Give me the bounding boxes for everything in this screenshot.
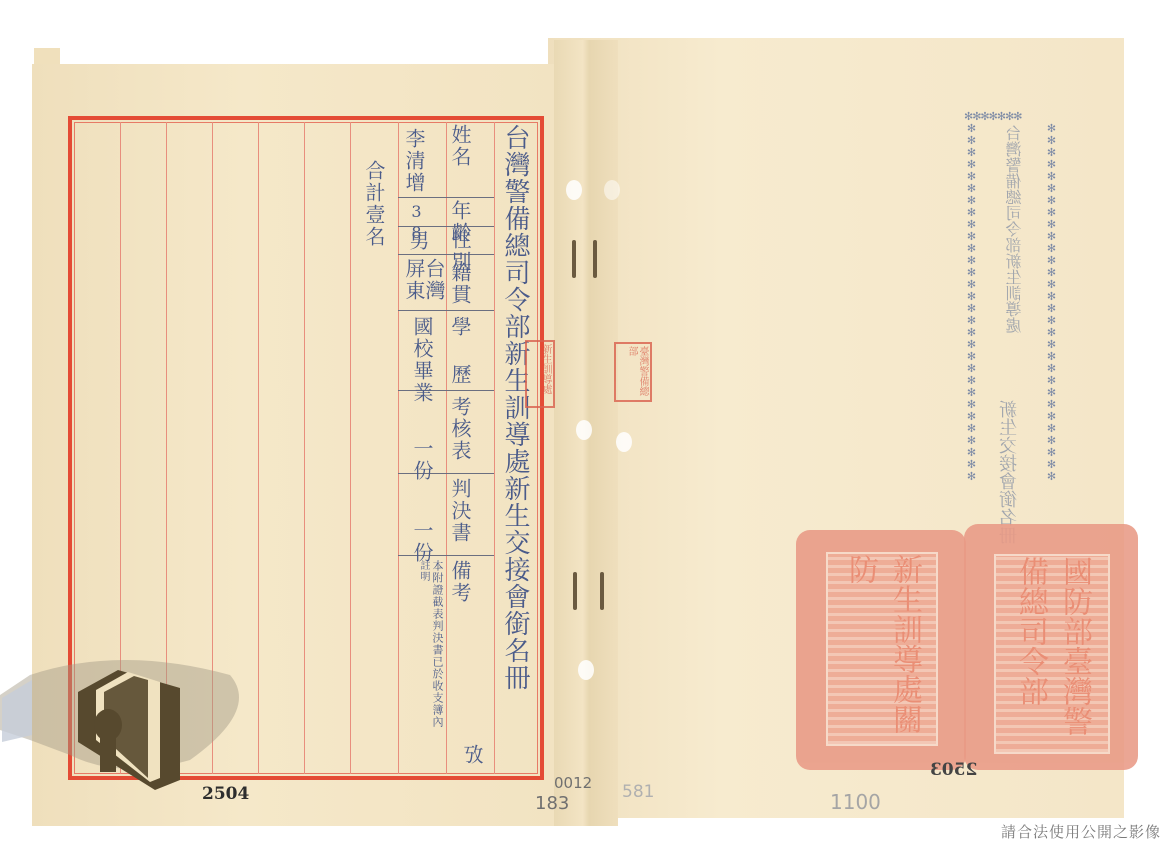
small-red-stamp: 新生訓導處 (525, 340, 555, 408)
column-rule (398, 122, 399, 774)
binding-hole (604, 180, 620, 200)
header-verdict: 判決書 (450, 478, 470, 544)
column-rule (446, 122, 447, 774)
header-name: 姓名 (450, 124, 470, 196)
column-rule (258, 122, 259, 774)
watermark-text: 請合法使用公開之影像 (1001, 821, 1161, 842)
staple (572, 240, 576, 278)
cell-education: 國校畢業 (412, 316, 432, 404)
decorative-border-right: ✻✻✻✻✻✻✻✻✻✻✻✻✻✻✻✻✻✻✻✻✻✻✻✻✻✻✻✻✻✻ (1044, 122, 1058, 522)
page-number-right-mirrored: 2503 (930, 760, 977, 780)
pencil-note: 183 (535, 793, 569, 814)
header-native-place: 籍貫 (450, 262, 470, 306)
pencil-note: 1100 (830, 790, 881, 814)
small-red-stamp: 臺灣警備總部 (614, 342, 652, 402)
cell-sex: 男 (408, 230, 428, 252)
cell-remarks-label: 註明 (418, 560, 428, 582)
mirrored-title-text: 新生交接會銜名冊 (1000, 400, 1020, 544)
binding-hole (616, 432, 632, 452)
cell-remarks-end: 攷 (462, 744, 482, 766)
pencil-note: 0012 (554, 774, 592, 792)
row-rule (398, 310, 494, 311)
total-count: 合計壹名 (364, 160, 384, 248)
decorative-border-left: ✻✻✻✻✻✻✻✻✻✻✻✻✻✻✻✻✻✻✻✻✻✻✻✻✻✻✻✻✻✻ (964, 122, 978, 522)
binding-hole (566, 180, 582, 200)
pencil-note: 581 (622, 782, 654, 802)
official-seal: 新生訓導處關防 (796, 530, 966, 770)
staple (573, 572, 577, 610)
cell-native-place: 台灣屏東 (404, 258, 444, 306)
archive-logo-icon (0, 650, 250, 790)
cell-name: 李清增 (404, 128, 424, 194)
cell-remarks: 本附證截表判決書已於收支簿內 (432, 560, 443, 728)
staple (593, 240, 597, 278)
header-assessment: 考核表 (450, 396, 470, 462)
column-rule (350, 122, 351, 774)
seal-characters: 國防部臺灣警備總司令部 (994, 554, 1110, 754)
column-rule (494, 122, 495, 774)
binding-hole (578, 660, 594, 680)
cell-verdict: 一份 (412, 520, 432, 564)
row-rule (398, 254, 494, 255)
binding-hole (576, 420, 592, 440)
staple (600, 572, 604, 610)
official-seal: 國防部臺灣警備總司令部 (964, 524, 1138, 770)
header-remarks: 備考 (450, 560, 470, 604)
cell-assessment: 一份 (412, 438, 432, 482)
seal-characters: 新生訓導處關防 (826, 552, 938, 746)
mirrored-header-text: 台灣警備總司令部新生訓導處 (1006, 125, 1024, 333)
column-rule (304, 122, 305, 774)
row-rule (398, 197, 494, 198)
